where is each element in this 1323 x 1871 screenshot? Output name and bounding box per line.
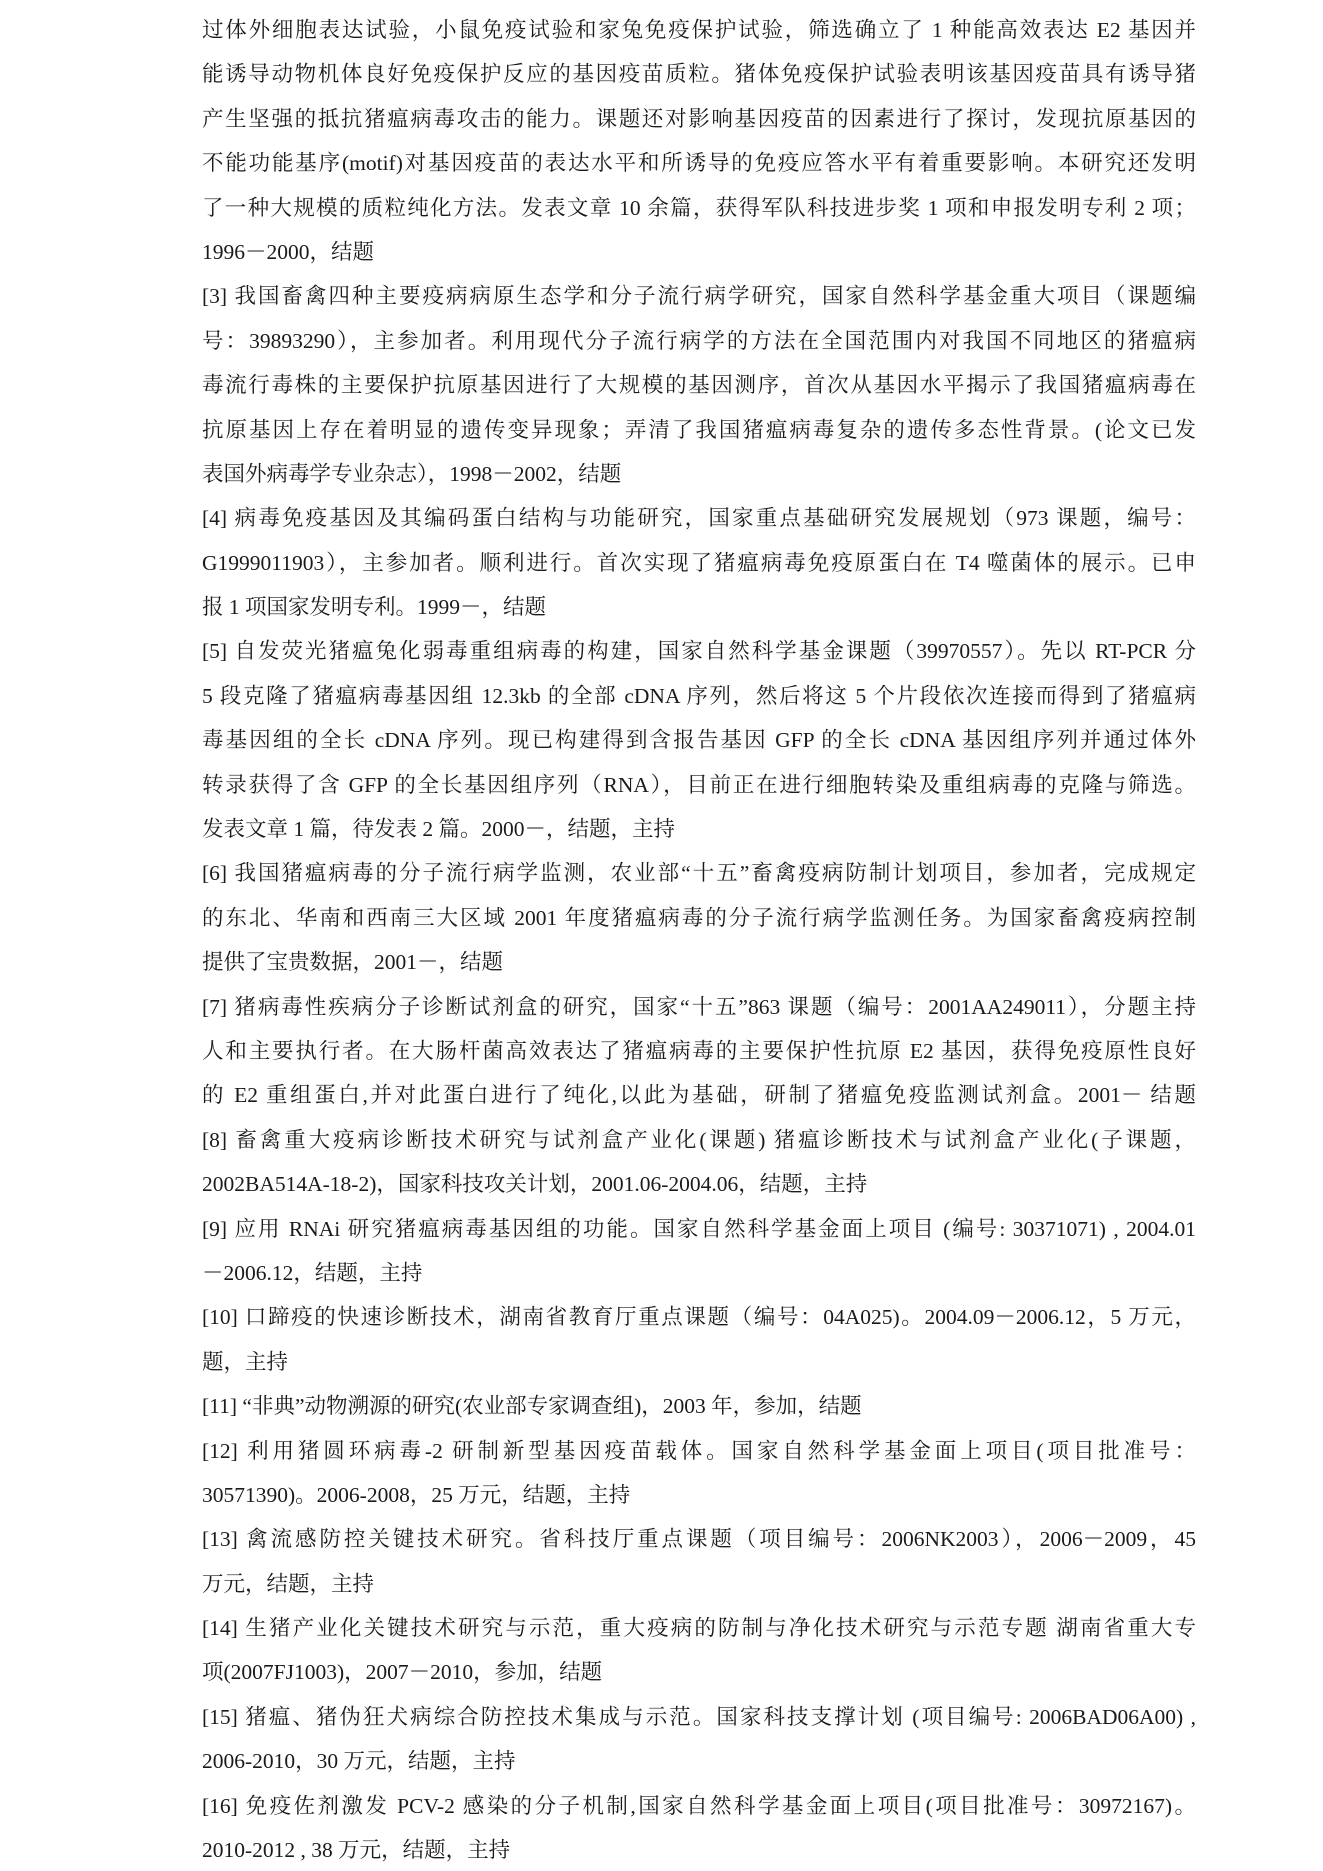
project-item-12: [12] 利用猪圆环病毒-2 研制新型基因疫苗载体。国家自然科学基金面上项目(项… <box>202 1429 1196 1518</box>
text-line: 抗原基因上存在着明显的遗传变异现象；弄清了我国猪瘟病毒复杂的遗传多态性背景。(论… <box>202 408 1196 452</box>
project-item-4: [4] 病毒免疫基因及其编码蛋白结构与功能研究，国家重点基础研究发展规划（973… <box>202 496 1196 629</box>
text-line: [6] 我国猪瘟病毒的分子流行病学监测，农业部“十五”畜禽疫病防制计划项目，参加… <box>202 851 1196 895</box>
text-line: 表国外病毒学专业杂志），1998－2002，结题 <box>202 452 1196 496</box>
text-line: 1996－2000，结题 <box>202 230 1196 274</box>
text-line: 的 E2 重组蛋白,并对此蛋白进行了纯化,以此为基础，研制了猪瘟免疫监测试剂盒。… <box>202 1073 1196 1117</box>
text-line: 不能功能基序(motif)对基因疫苗的表达水平和所诱导的免疫应答水平有着重要影响… <box>202 141 1196 185</box>
text-line: [15] 猪瘟、猪伪狂犬病综合防控技术集成与示范。国家科技支撑计划 (项目编号:… <box>202 1695 1196 1739</box>
text-line: 能诱导动物机体良好免疫保护反应的基因疫苗质粒。猪体免疫保护试验表明该基因疫苗具有… <box>202 52 1196 96</box>
document-page: 过体外细胞表达试验，小鼠免疫试验和家兔免疫保护试验，筛选确立了 1 种能高效表达… <box>0 0 1323 1871</box>
project-item-9: [9] 应用 RNAi 研究猪瘟病毒基因组的功能。国家自然科学基金面上项目 (编… <box>202 1207 1196 1296</box>
project-item-15: [15] 猪瘟、猪伪狂犬病综合防控技术集成与示范。国家科技支撑计划 (项目编号:… <box>202 1695 1196 1784</box>
text-line: 毒基因组的全长 cDNA 序列。现已构建得到含报告基因 GFP 的全长 cDNA… <box>202 718 1196 762</box>
text-line: [14] 生猪产业化关键技术研究与示范，重大疫病的防制与净化技术研究与示范专题 … <box>202 1606 1196 1650</box>
project-item-16: [16] 免疫佐剂激发 PCV-2 感染的分子机制,国家自然科学基金面上项目(项… <box>202 1784 1196 1871</box>
text-line: 报 1 项国家发明专利。1999－，结题 <box>202 585 1196 629</box>
project-item-10: [10] 口蹄疫的快速诊断技术，湖南省教育厅重点课题（编号：04A025)。20… <box>202 1295 1196 1384</box>
text-line: [16] 免疫佐剂激发 PCV-2 感染的分子机制,国家自然科学基金面上项目(项… <box>202 1784 1196 1828</box>
text-line: 万元，结题，主持 <box>202 1562 1196 1606</box>
text-line: [5] 自发荧光猪瘟兔化弱毒重组病毒的构建，国家自然科学基金课题（3997055… <box>202 629 1196 673</box>
intro-paragraph: 过体外细胞表达试验，小鼠免疫试验和家兔免疫保护试验，筛选确立了 1 种能高效表达… <box>202 8 1196 274</box>
text-line: 人和主要执行者。在大肠杆菌高效表达了猪瘟病毒的主要保护性抗原 E2 基因，获得免… <box>202 1029 1196 1073</box>
text-line: 2010-2012 , 38 万元，结题，主持 <box>202 1828 1196 1871</box>
text-line: 转录获得了含 GFP 的全长基因组序列（RNA），目前正在进行细胞转染及重组病毒… <box>202 763 1196 807</box>
text-line: 5 段克隆了猪瘟病毒基因组 12.3kb 的全部 cDNA 序列，然后将这 5 … <box>202 674 1196 718</box>
text-line: 过体外细胞表达试验，小鼠免疫试验和家兔免疫保护试验，筛选确立了 1 种能高效表达… <box>202 8 1196 52</box>
text-line: [4] 病毒免疫基因及其编码蛋白结构与功能研究，国家重点基础研究发展规划（973… <box>202 496 1196 540</box>
text-line: 题，主持 <box>202 1340 1196 1384</box>
text-line: 发表文章 1 篇，待发表 2 篇。2000－，结题，主持 <box>202 807 1196 851</box>
text-line: 项(2007FJ1003)，2007－2010，参加，结题 <box>202 1650 1196 1694</box>
text-line: 的东北、华南和西南三大区域 2001 年度猪瘟病毒的分子流行病学监测任务。为国家… <box>202 896 1196 940</box>
text-line: －2006.12，结题，主持 <box>202 1251 1196 1295</box>
project-item-13: [13] 禽流感防控关键技术研究。省科技厅重点课题（项目编号：2006NK200… <box>202 1517 1196 1606</box>
text-line: 30571390)。2006-2008，25 万元，结题，主持 <box>202 1473 1196 1517</box>
text-line: [11] “非典”动物溯源的研究(农业部专家调查组)，2003 年，参加，结题 <box>202 1384 1196 1428</box>
text-line: [8] 畜禽重大疫病诊断技术研究与试剂盒产业化(课题) 猪瘟诊断技术与试剂盒产业… <box>202 1118 1196 1162</box>
text-line: 了一种大规模的质粒纯化方法。发表文章 10 余篇，获得军队科技进步奖 1 项和申… <box>202 186 1196 230</box>
project-item-5: [5] 自发荧光猪瘟兔化弱毒重组病毒的构建，国家自然科学基金课题（3997055… <box>202 629 1196 851</box>
text-line: 号：39893290），主参加者。利用现代分子流行病学的方法在全国范围内对我国不… <box>202 319 1196 363</box>
text-line: 2006-2010，30 万元，结题，主持 <box>202 1739 1196 1783</box>
text-line: [3] 我国畜禽四种主要疫病病原生态学和分子流行病学研究，国家自然科学基金重大项… <box>202 274 1196 318</box>
project-item-3: [3] 我国畜禽四种主要疫病病原生态学和分子流行病学研究，国家自然科学基金重大项… <box>202 274 1196 496</box>
project-item-8: [8] 畜禽重大疫病诊断技术研究与试剂盒产业化(课题) 猪瘟诊断技术与试剂盒产业… <box>202 1118 1196 1207</box>
project-item-11: [11] “非典”动物溯源的研究(农业部专家调查组)，2003 年，参加，结题 <box>202 1384 1196 1428</box>
text-line: 2002BA514A-18-2)，国家科技攻关计划，2001.06-2004.0… <box>202 1162 1196 1206</box>
project-list: 过体外细胞表达试验，小鼠免疫试验和家兔免疫保护试验，筛选确立了 1 种能高效表达… <box>202 8 1196 1871</box>
project-item-6: [6] 我国猪瘟病毒的分子流行病学监测，农业部“十五”畜禽疫病防制计划项目，参加… <box>202 851 1196 984</box>
text-line: 提供了宝贵数据，2001－，结题 <box>202 940 1196 984</box>
text-line: [12] 利用猪圆环病毒-2 研制新型基因疫苗载体。国家自然科学基金面上项目(项… <box>202 1429 1196 1473</box>
project-item-14: [14] 生猪产业化关键技术研究与示范，重大疫病的防制与净化技术研究与示范专题 … <box>202 1606 1196 1695</box>
text-line: [7] 猪病毒性疾病分子诊断试剂盒的研究，国家“十五”863 课题（编号：200… <box>202 985 1196 1029</box>
text-line: [13] 禽流感防控关键技术研究。省科技厅重点课题（项目编号：2006NK200… <box>202 1517 1196 1561</box>
text-line: G1999011903），主参加者。顺利进行。首次实现了猪瘟病毒免疫原蛋白在 T… <box>202 541 1196 585</box>
text-line: [10] 口蹄疫的快速诊断技术，湖南省教育厅重点课题（编号：04A025)。20… <box>202 1295 1196 1339</box>
text-line: [9] 应用 RNAi 研究猪瘟病毒基因组的功能。国家自然科学基金面上项目 (编… <box>202 1207 1196 1251</box>
text-line: 毒流行毒株的主要保护抗原基因进行了大规模的基因测序，首次从基因水平揭示了我国猪瘟… <box>202 363 1196 407</box>
project-item-7: [7] 猪病毒性疾病分子诊断试剂盒的研究，国家“十五”863 课题（编号：200… <box>202 985 1196 1118</box>
text-line: 产生坚强的抵抗猪瘟病毒攻击的能力。课题还对影响基因疫苗的因素进行了探讨，发现抗原… <box>202 97 1196 141</box>
